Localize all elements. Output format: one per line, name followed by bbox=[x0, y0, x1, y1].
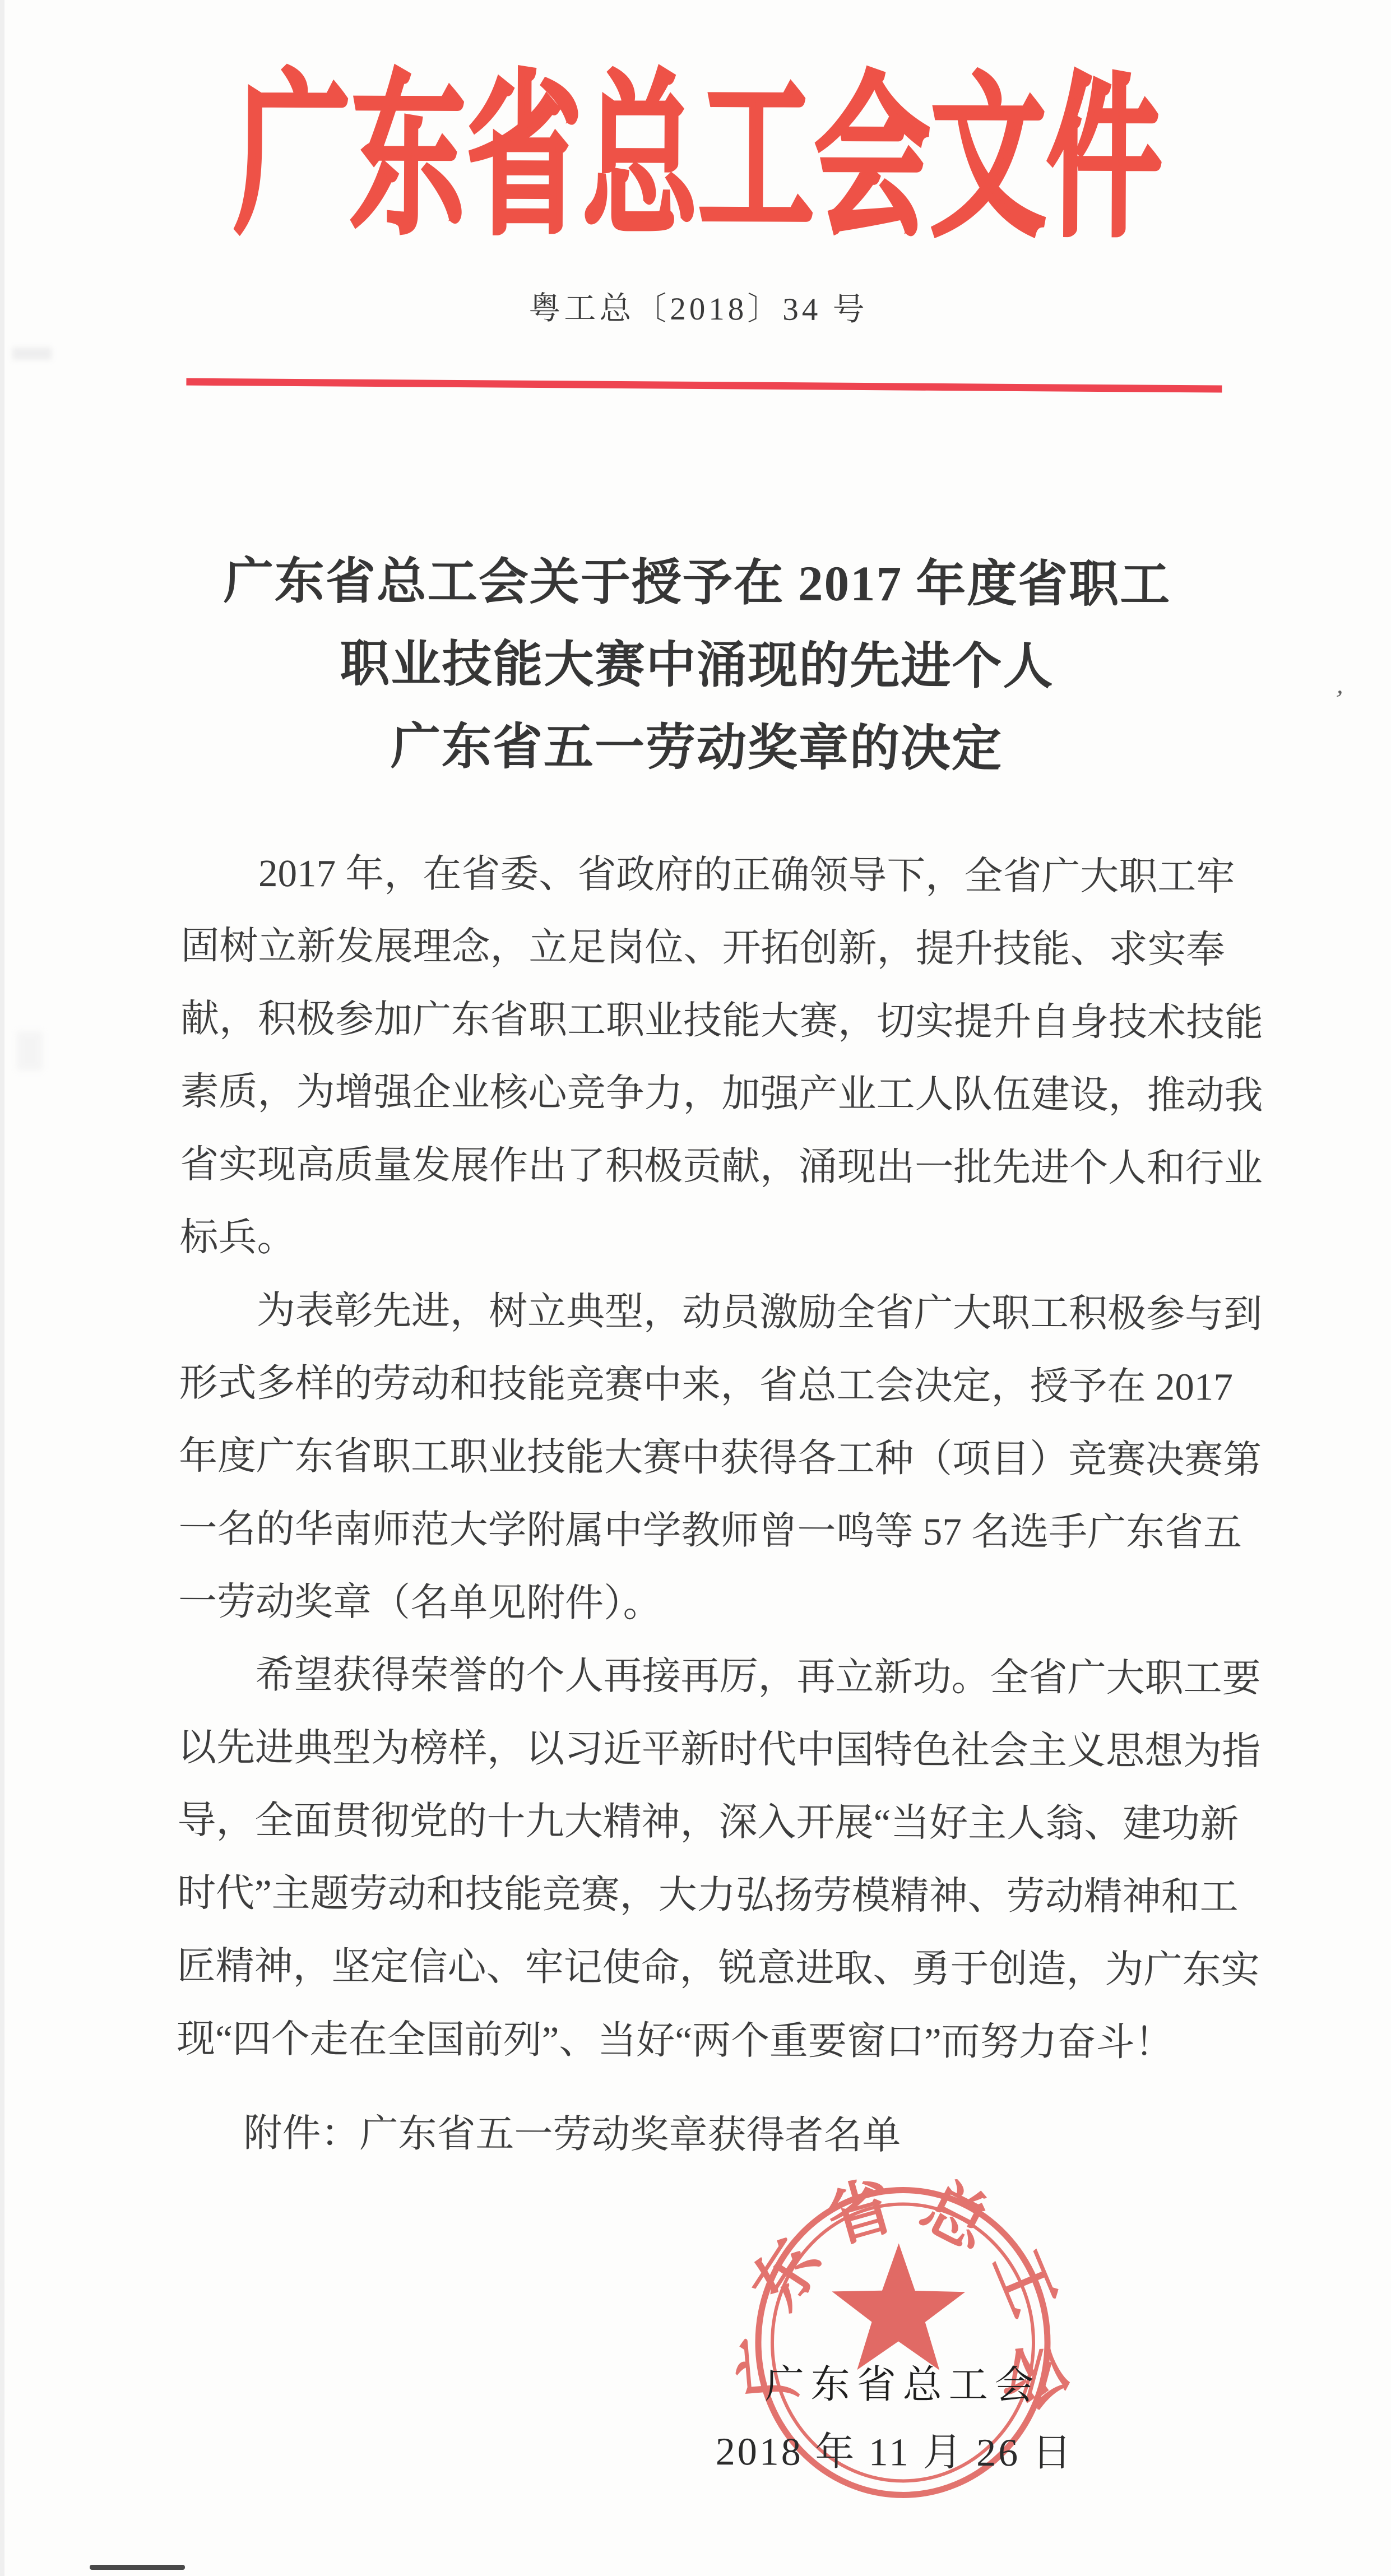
document-content: 广东省总工会文件 粤工总〔2018〕34 号 广东省总工会关于授予在 2017 … bbox=[0, 0, 1391, 2576]
scan-artifact bbox=[17, 1031, 43, 1071]
scan-artifact bbox=[12, 348, 52, 360]
issue-date: 2018 年 11 月 26 日 bbox=[698, 2428, 1091, 2478]
scanned-document-page: 广东省总工会文件 粤工总〔2018〕34 号 广东省总工会关于授予在 2017 … bbox=[0, 0, 1391, 2576]
scan-artifact bbox=[0, 0, 4, 2576]
issuer-signature: 广东省总工会 bbox=[735, 2361, 1071, 2410]
scan-artifact bbox=[90, 2565, 185, 2570]
star-icon bbox=[832, 2243, 966, 2370]
official-seal-stamp: 广东省总工会 bbox=[0, 0, 1391, 2576]
